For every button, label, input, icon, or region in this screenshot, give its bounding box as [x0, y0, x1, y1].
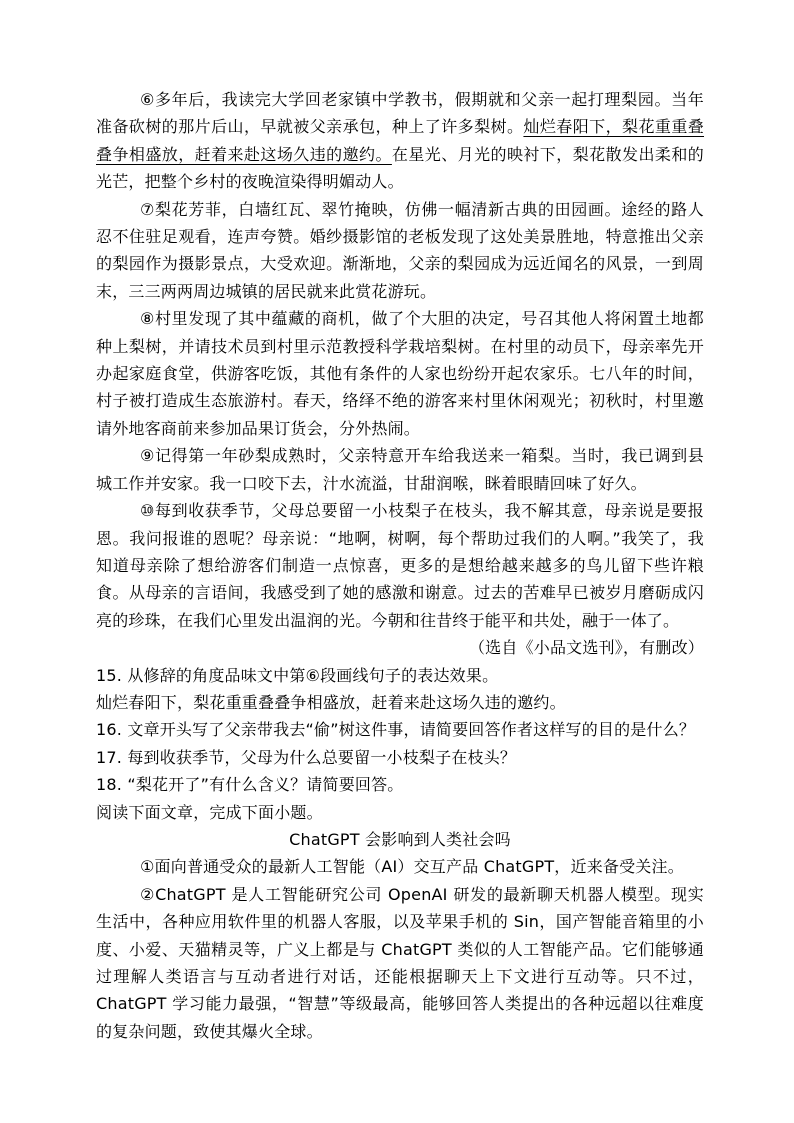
question-17: 17. 每到收获季节，父母为什么总要留一小枝梨子在枝头？	[96, 744, 704, 771]
reading-instruction: 阅读下面文章，完成下面小题。	[96, 799, 704, 826]
passage1-paragraph-8: ⑧村里发现了其中蕴藏的商机，做了个大胆的决定，号召其他人将闲置土地都种上梨树，并…	[96, 305, 704, 442]
source-attribution: （选自《小品文选刊》，有删改）	[96, 634, 704, 661]
passage1-paragraph-9: ⑨记得第一年砂梨成熟时，父亲特意开车给我送来一箱梨。当时，我已调到县城工作并安家…	[96, 442, 704, 497]
passage2-paragraph-2: ②ChatGPT 是人工智能研究公司 OpenAI 研发的最新聊天机器人模型。现…	[96, 881, 704, 1045]
passage1-paragraph-6: ⑥多年后，我读完大学回老家镇中学教书，假期就和父亲一起打理梨园。当年准备砍树的那…	[96, 86, 704, 196]
passage2-paragraph-1: ①面向普通受众的最新人工智能（AI）交互产品 ChatGPT，近来备受关注。	[96, 853, 704, 880]
document-page: ⑥多年后，我读完大学回老家镇中学教书，假期就和父亲一起打理梨园。当年准备砍树的那…	[0, 0, 794, 1123]
question-18: 18. “梨花开了”有什么含义？请简要回答。	[96, 771, 704, 798]
passage1-paragraph-10: ⑩每到收获季节，父母总要留一小枝梨子在枝头，我不解其意，母亲说是要报恩。我问报谁…	[96, 497, 704, 634]
question-16: 16. 文章开头写了父亲带我去“偷”树这件事，请简要回答作者这样写的目的是什么？	[96, 716, 704, 743]
passage1-paragraph-7: ⑦梨花芳菲，白墙红瓦、翠竹掩映，仿佛一幅清新古典的田园画。途经的路人忍不住驻足观…	[96, 196, 704, 306]
passage2-title: ChatGPT 会影响到人类社会吗	[96, 826, 704, 853]
question-15: 15. 从修辞的角度品味文中第⑥段画线句子的表达效果。	[96, 662, 704, 689]
question-15-quote: 灿烂春阳下，梨花重重叠叠争相盛放，赶着来赴这场久违的邀约。	[96, 689, 704, 716]
